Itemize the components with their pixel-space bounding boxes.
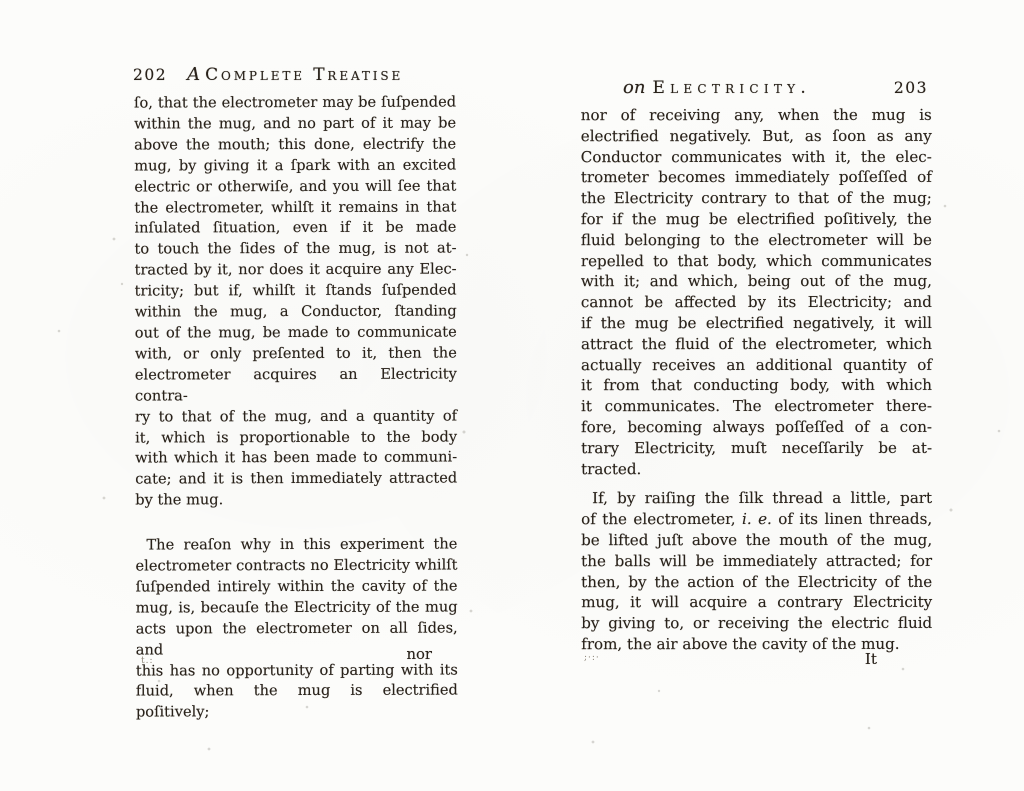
page-number-right: 203 — [894, 79, 928, 97]
text-line: nor of receiving any, when the mug is — [581, 105, 932, 126]
text-line: attract the fluid of the electrometer, w… — [581, 334, 932, 355]
text-line: for if the mug be electrified poſitively… — [581, 209, 932, 230]
text-line: If, by raiſing the ſilk thread a little,… — [581, 488, 932, 509]
text-line: it from that conducting body, with which — [581, 375, 932, 396]
text-line: mug, it will acquire a contrary Electric… — [581, 592, 932, 613]
text-line: repelled to that body, which communicate… — [581, 250, 932, 271]
page-right: onElectricity. 203 nor of receiving any,… — [0, 0, 1024, 791]
running-title-right: Electricity. — [652, 78, 811, 98]
italic-text: i. e. — [742, 510, 772, 528]
text-line: then, by the action of the Electricity o… — [581, 571, 932, 592]
running-head-right: onElectricity. 203 — [581, 77, 932, 98]
text-line: trary Electricity, muſt neceſſarily be a… — [581, 438, 932, 459]
text-line: trometer becomes immediately poſſeſſed o… — [581, 167, 932, 188]
text-line: fore, becoming always poſſeſſed of a con… — [581, 417, 932, 438]
text-line: fluid belonging to the electrometer will… — [581, 230, 932, 251]
text-line: actually receives an additional quantity… — [581, 354, 932, 375]
text-line: Conductor communicates with it, the elec… — [581, 146, 932, 167]
text-line: the balls will be immediately attracted;… — [581, 551, 932, 572]
book-spread: 202 A Complete Treatise ſo, that the ele… — [0, 0, 1024, 791]
catchword-right: It — [581, 650, 932, 668]
text-line: cannot be affected by its Electricity; a… — [581, 292, 932, 313]
text-line: tracted. — [581, 458, 932, 479]
text-line: if the mug be electrified negatively, it… — [581, 313, 932, 334]
text-line: of the electrometer, i. e. of its linen … — [581, 509, 932, 530]
text-line: by giving to, or receiving the electric … — [581, 613, 932, 634]
text-block-right: nor of receiving any, when the mug isele… — [581, 105, 932, 655]
ink-smudge-right: ;·:· — [584, 653, 600, 663]
text-line: with it; and which, being out of the mug… — [581, 271, 932, 292]
text-line: it communicates. The electrometer there- — [581, 396, 932, 417]
paragraph: If, by raiſing the ſilk thread a little,… — [581, 488, 932, 655]
text-line: electrified negatively. But, as ſoon as … — [581, 126, 932, 147]
text-line: the Electricity contrary to that of the … — [581, 188, 932, 209]
paragraph: nor of receiving any, when the mug isele… — [581, 105, 932, 480]
text-line: be lifted juſt above the mouth of the mu… — [581, 530, 932, 551]
running-title-group-right: onElectricity. — [623, 77, 811, 98]
running-title-prefix-right: on — [623, 77, 645, 98]
scanned-book-spread: { "page_left": { "page_number": "202", "… — [0, 0, 1024, 791]
